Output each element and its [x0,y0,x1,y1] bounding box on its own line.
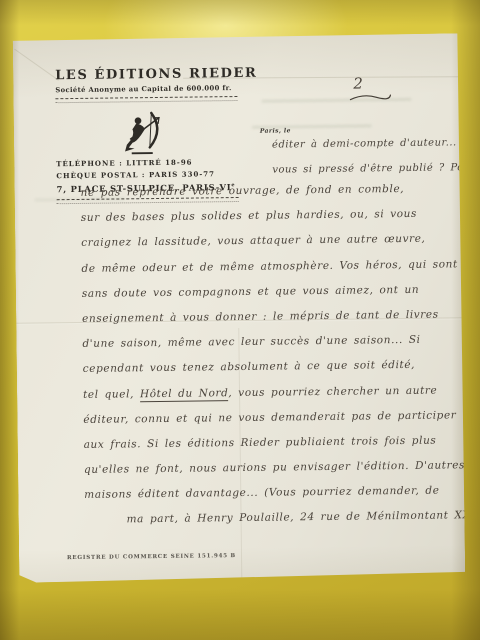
book-title-underlined: Hôtel du Nord [140,387,229,402]
page-number: 2 [353,74,363,92]
handwritten-block-right: éditer à demi-compte d'auteur... Êtes- v… [272,130,480,183]
letter-line-pre: tel quel, [83,388,140,401]
archer-icon [124,109,167,156]
letter-page: LES ÉDITIONS RIEDER Société Anonyme au C… [13,33,466,582]
letter-line: éditer à demi-compte d'auteur... Êtes- [272,130,480,158]
photo-of-letter: LES ÉDITIONS RIEDER Société Anonyme au C… [0,0,480,640]
letter-line: ma part, à Henry Poulaille, 24 rue de Mé… [126,503,480,533]
divider-rule [55,96,237,103]
corner-crease [14,49,59,81]
letter-line: d'une saison, même avec leur succès d'un… [82,327,479,357]
commerce-registry-line: REGISTRE DU COMMERCE SEINE 151.945 B [67,553,236,561]
telephone-line: TÉLÉPHONE : LITTRÉ 18-96 [56,157,261,169]
underline-swash [349,91,391,102]
handwritten-body: ne pas reprendre votre ouvrage, de fond … [80,176,480,533]
letter-line-post: , vous pourriez chercher un autre [228,384,437,399]
company-name: LES ÉDITIONS RIEDER [55,66,260,84]
company-subtitle: Société Anonyme au Capital de 600.000 fr… [55,84,260,95]
page-number-digit: 2 [353,74,363,92]
